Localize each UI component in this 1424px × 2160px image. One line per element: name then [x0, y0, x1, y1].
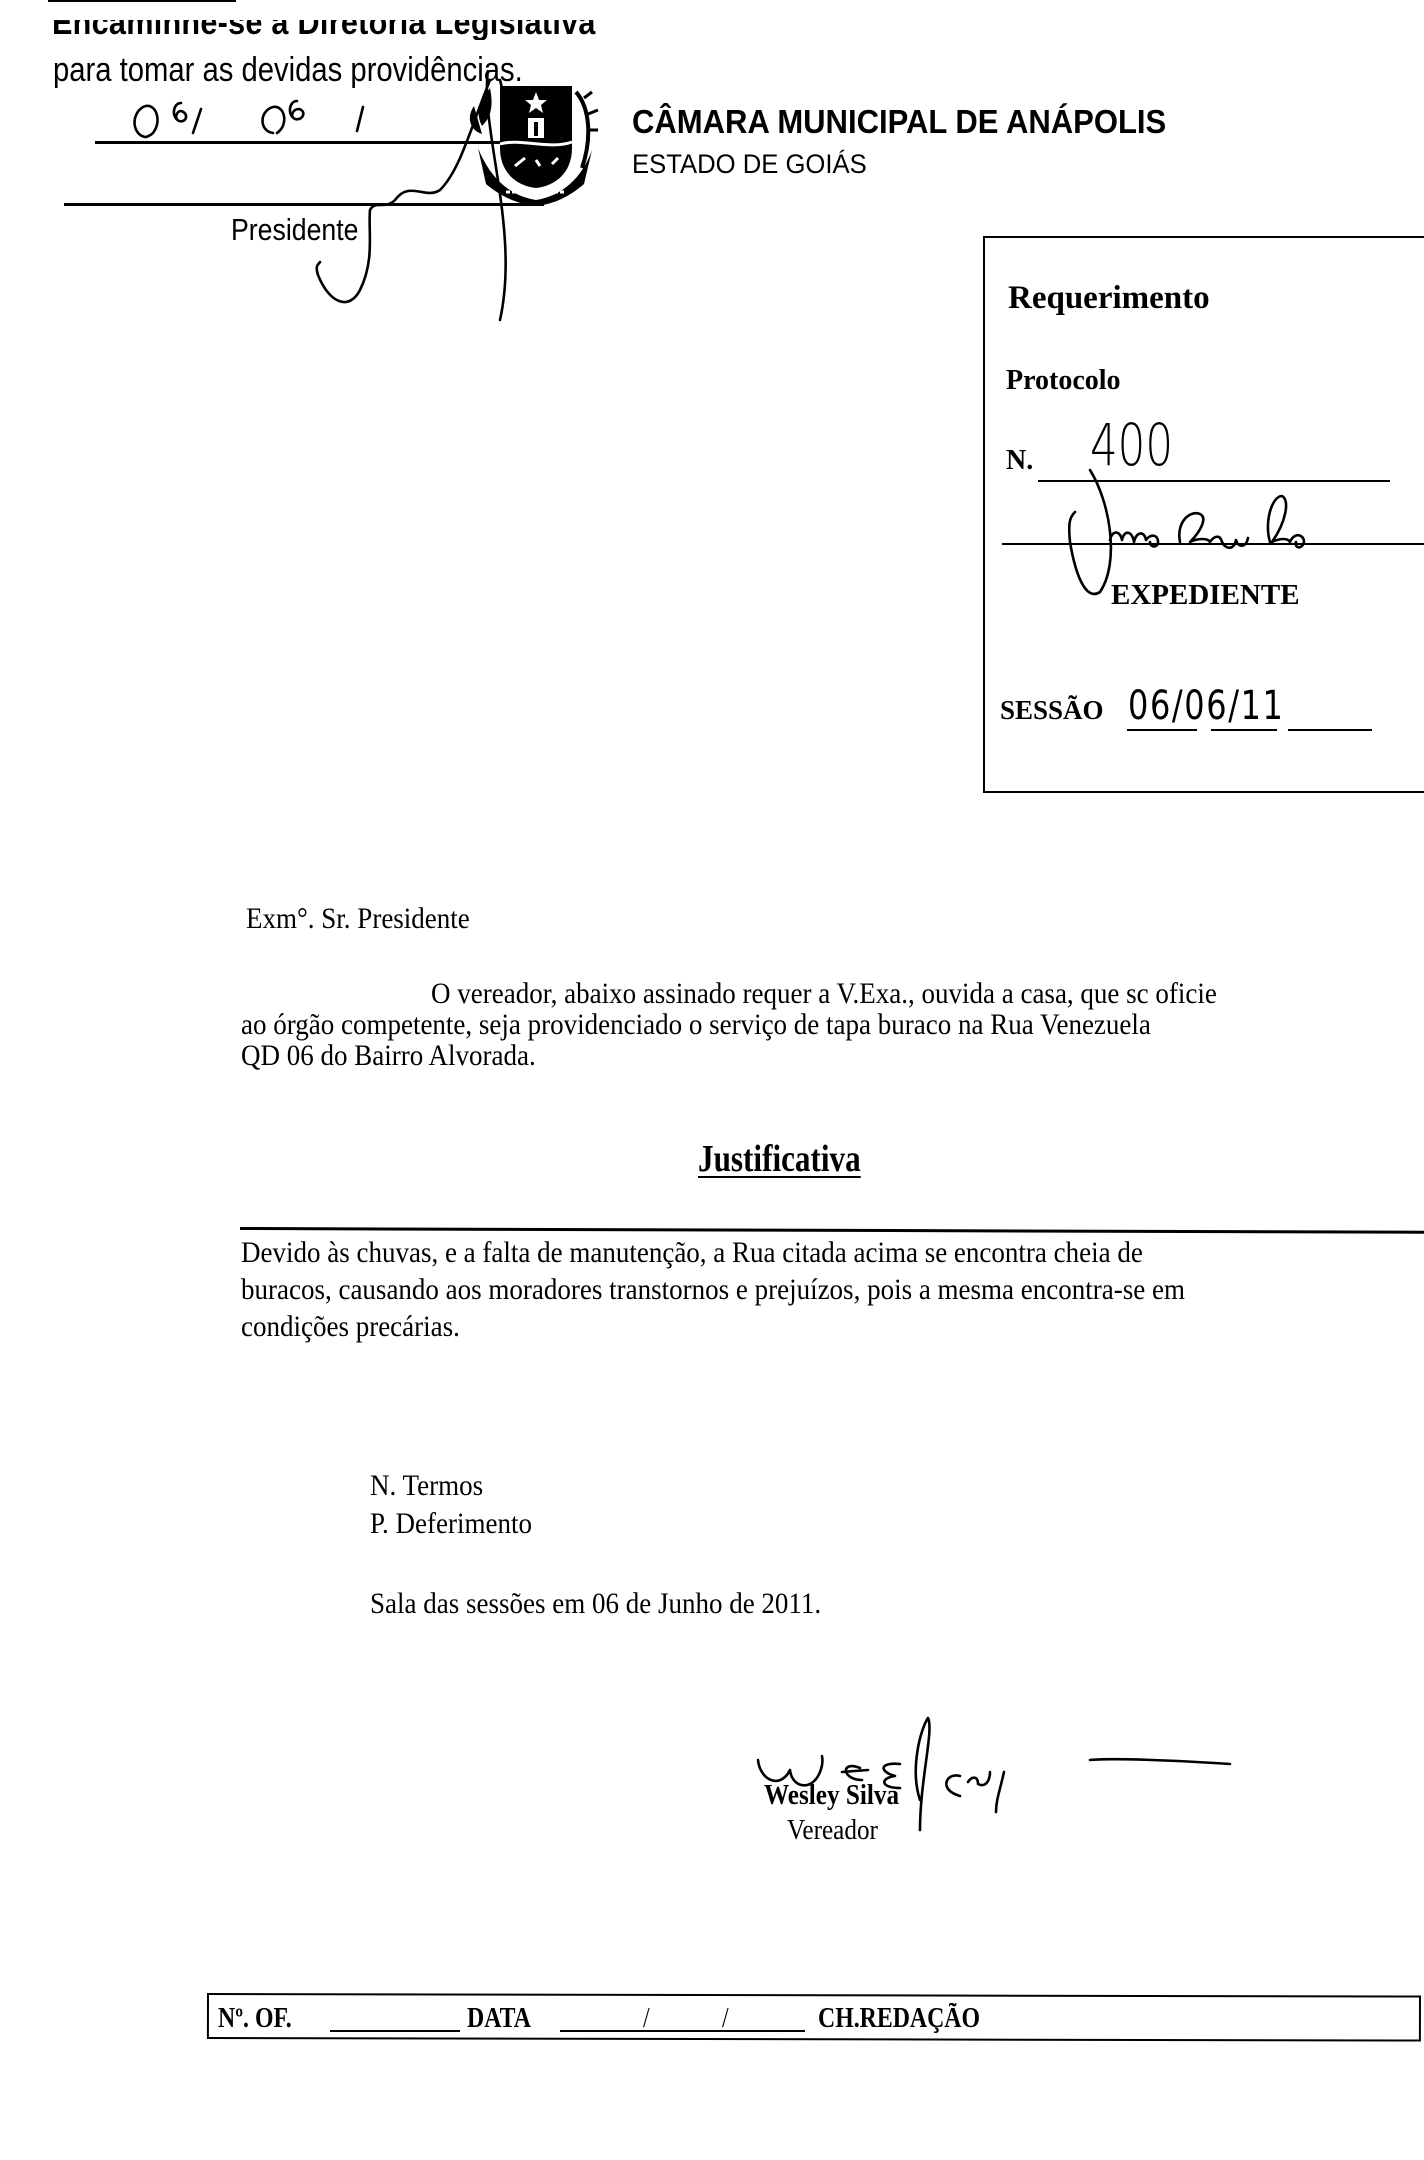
closing-line: N. Termos: [370, 1470, 483, 1501]
date-separator: /: [643, 2003, 650, 2035]
signer-name: Wesley Silva: [764, 1780, 899, 1812]
justification-line: condições precárias.: [241, 1311, 460, 1342]
office-number-label: Nº. OF.: [218, 2003, 292, 2035]
session-date: 06/06/11: [1128, 682, 1285, 730]
request-title: Requerimento: [1008, 278, 1210, 318]
justification-line: Devido às chuvas, e a falta de manutençã…: [241, 1237, 1143, 1268]
dispatch-note-line-1: Encaminhe-se à Diretoria Legislativa: [52, 6, 596, 40]
signer-role: Vereador: [787, 1815, 878, 1847]
protocol-label: Protocolo: [1006, 364, 1121, 398]
salutation: Exm°. Sr. Presidente: [246, 903, 470, 934]
date-label: DATA: [467, 2003, 531, 2035]
place-date: Sala das sessões em 06 de Junho de 2011.: [370, 1588, 821, 1619]
request-line: ao órgão competente, seja providenciado …: [241, 1009, 1151, 1040]
institution-name: CÂMARA MUNICIPAL DE ANÁPOLIS: [632, 102, 1166, 142]
state-name: ESTADO DE GOIÁS: [632, 148, 867, 180]
date-rule: [560, 2030, 805, 2032]
footer-box: [207, 1993, 1421, 2042]
office-number-rule: [330, 2030, 460, 2032]
drafting-head-label: CH.REDAÇÃO: [818, 2003, 980, 2035]
coat-of-arms-icon: [460, 78, 600, 208]
justification-rule: [240, 1227, 1424, 1234]
session-year-rule: [1288, 729, 1372, 731]
session-label: SESSÃO: [1000, 694, 1104, 726]
justification-title: Justificativa: [698, 1136, 861, 1182]
number-label: N.: [1006, 444, 1033, 478]
date-separator: /: [722, 2003, 729, 2035]
top-rule: [48, 0, 236, 2]
expediente-label: EXPEDIENTE: [1111, 578, 1300, 612]
request-line: O vereador, abaixo assinado requer a V.E…: [431, 978, 1217, 1009]
request-line: QD 06 do Bairro Alvorada.: [241, 1040, 536, 1071]
closing-line: P. Deferimento: [370, 1508, 532, 1539]
justification-line: buracos, causando aos moradores transtor…: [241, 1274, 1185, 1305]
